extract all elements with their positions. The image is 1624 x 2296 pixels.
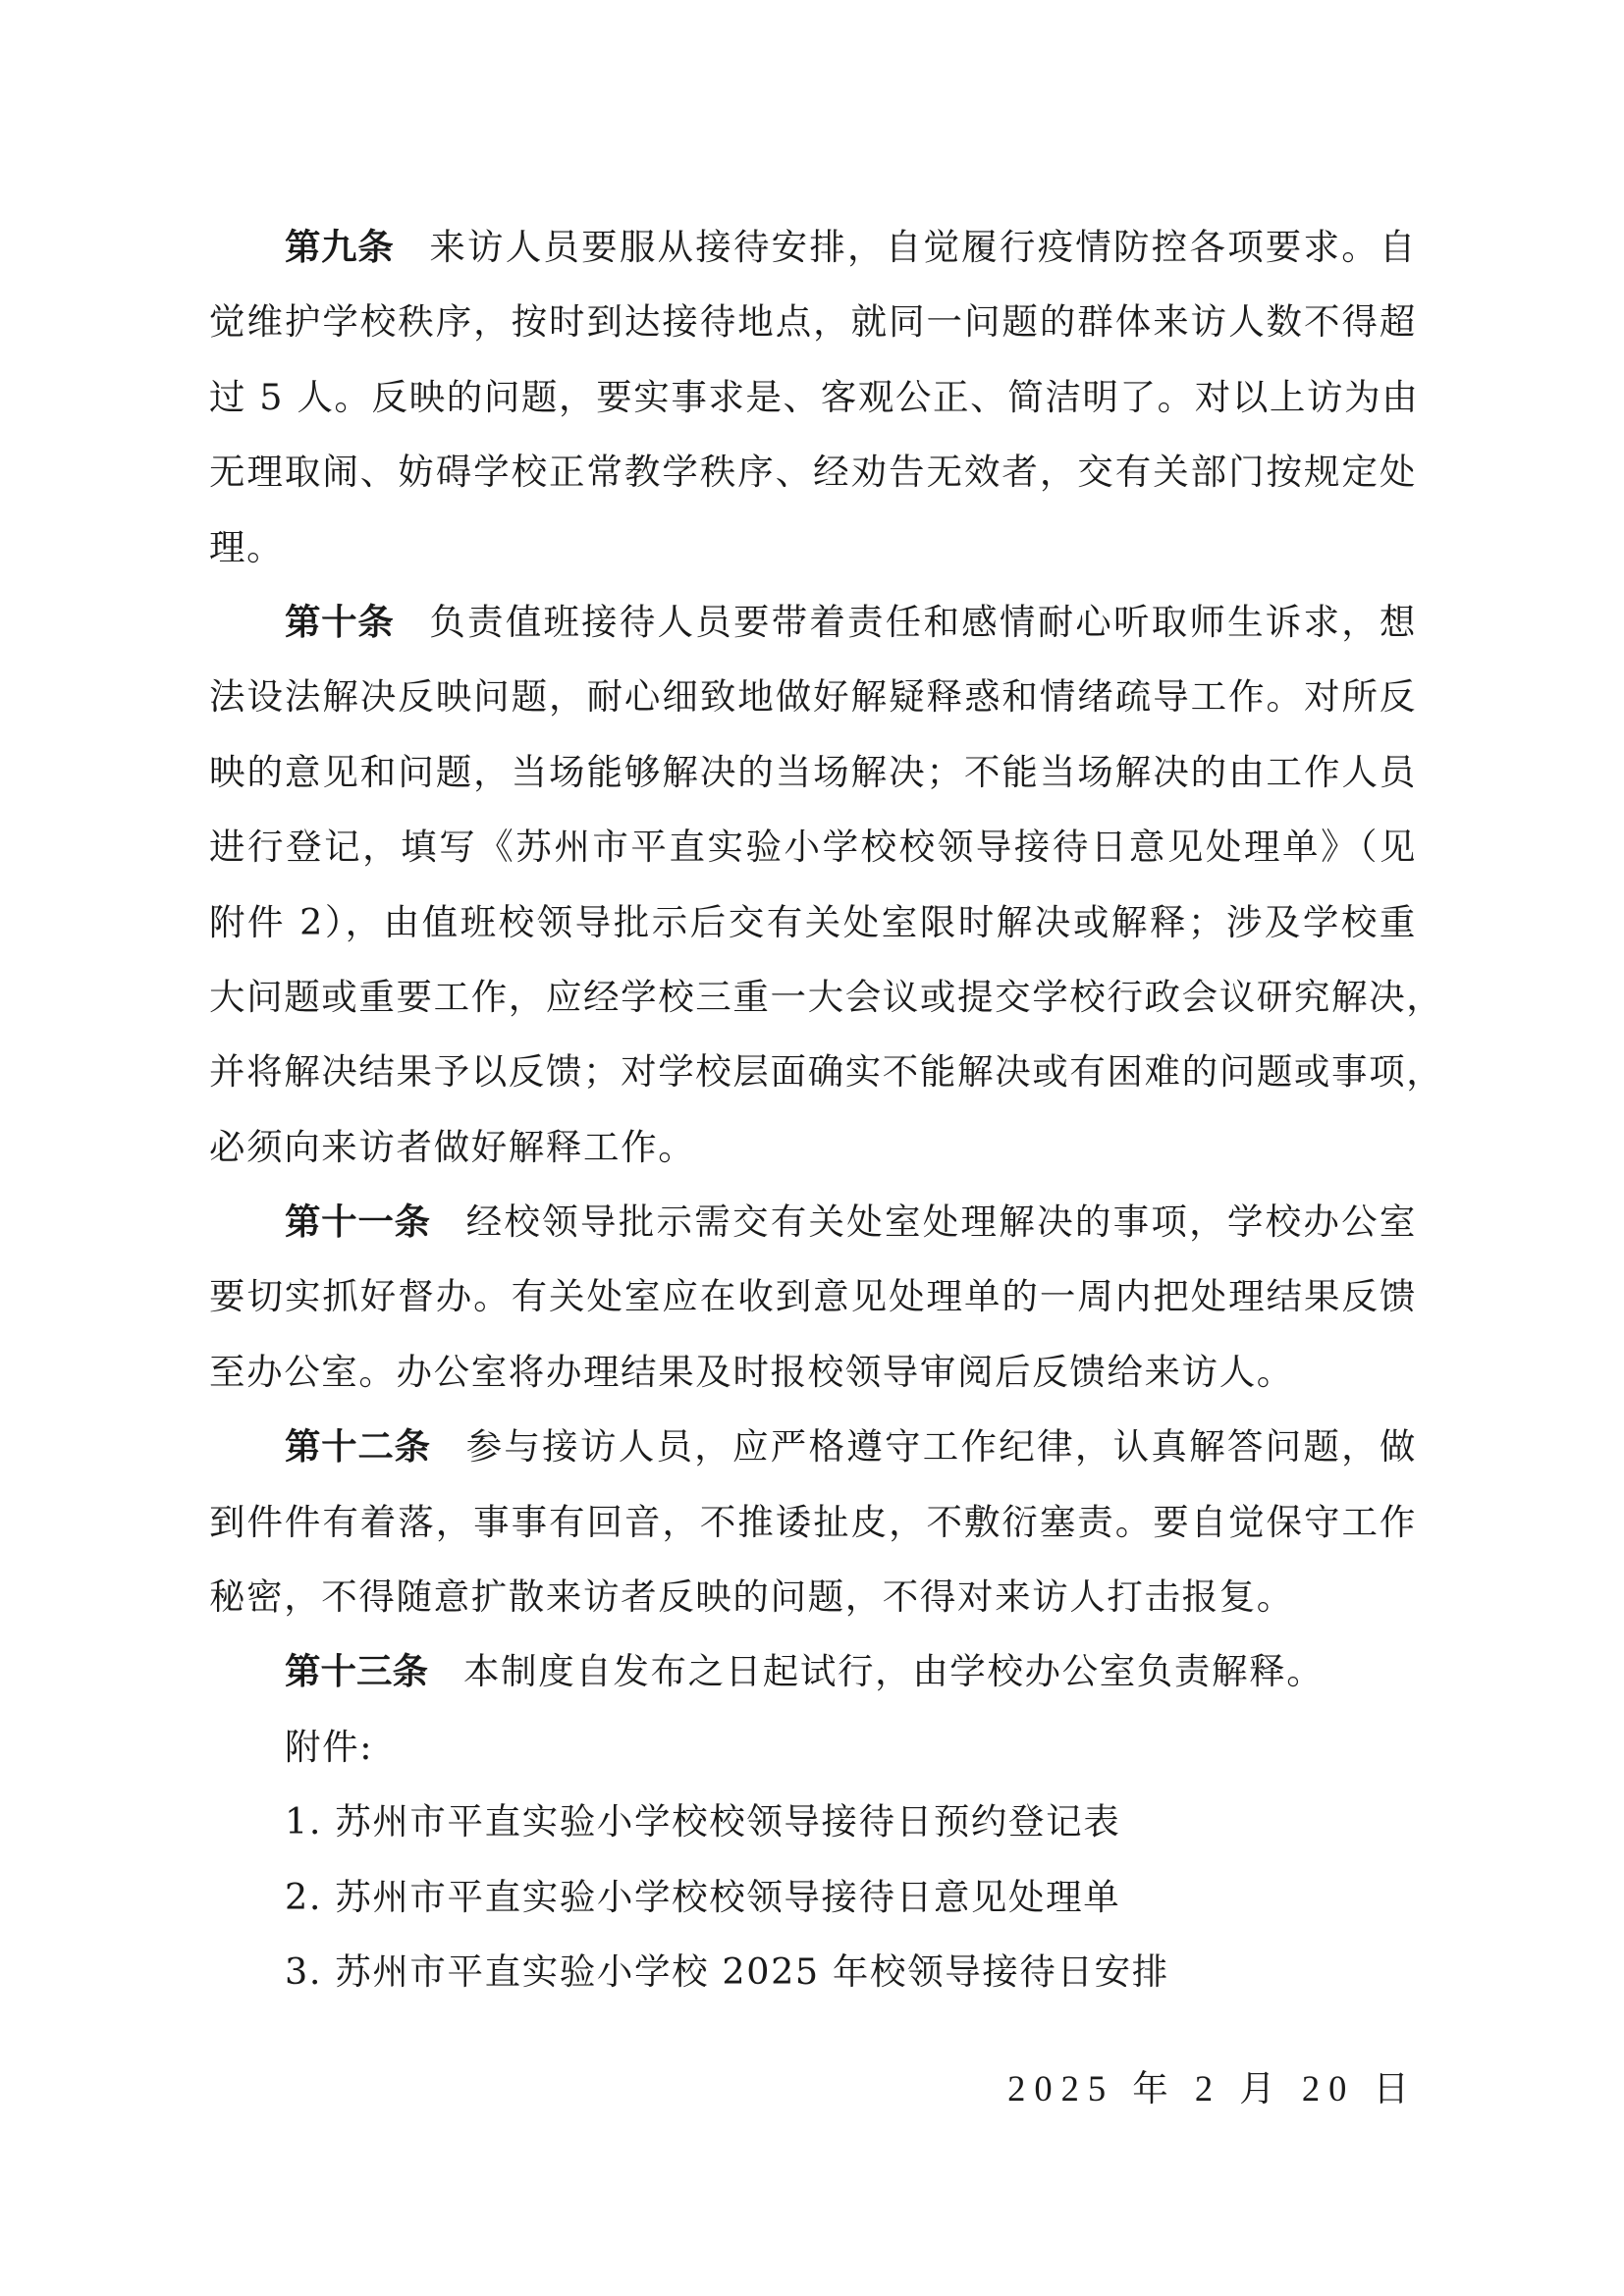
article-12-line-2: 到件件有着落，事事有回音，不推诿扯皮，不敷衍塞责。要自觉保守工作 xyxy=(209,1493,1417,1568)
article-9-line-2: 觉维护学校秩序，按时到达接待地点，就同一问题的群体来访人数不得超 xyxy=(209,293,1417,367)
article-11-line-3: 至办公室。办公室将办理结果及时报校领导审阅后反馈给来访人。 xyxy=(209,1343,1417,1417)
article-9-line-5: 理。 xyxy=(209,518,1417,593)
document-page: 第九条来访人员要服从接待安排，自觉履行疫情防控各项要求。自 觉维护学校秩序，按时… xyxy=(0,0,1624,2296)
article-text: 本制度自发布之日起试行，由学校办公室负责解释。 xyxy=(463,1650,1324,1692)
article-12-line-1: 第十二条参与接访人员，应严格遵守工作纪律，认真解答问题，做 xyxy=(209,1417,1417,1492)
attachments-label: 附件: xyxy=(209,1718,1417,1792)
attachment-item-2: 2. 苏州市平直实验小学校校领导接待日意见处理单 xyxy=(209,1868,1417,1943)
attachment-item-3: 3. 苏州市平直实验小学校 2025 年校领导接待日安排 xyxy=(209,1943,1417,2017)
article-9-line-1: 第九条来访人员要服从接待安排，自觉履行疫情防控各项要求。自 xyxy=(209,218,1417,293)
article-9-line-3: 过 5 人。反映的问题，要实事求是、客观公正、简洁明了。对以上访为由 xyxy=(209,368,1417,443)
article-heading: 第十条 xyxy=(285,601,394,643)
article-9-line-4: 无理取闹、妨碍学校正常教学秩序、经劝告无效者，交有关部门按规定处 xyxy=(209,443,1417,517)
attachment-item-1: 1. 苏州市平直实验小学校校领导接待日预约登记表 xyxy=(209,1792,1417,1867)
article-text: 经校领导批示需交有关处室处理解决的事项，学校办公室 xyxy=(466,1201,1417,1243)
article-heading: 第十二条 xyxy=(285,1425,431,1468)
article-13-line-1: 第十三条本制度自发布之日起试行，由学校办公室负责解释。 xyxy=(209,1642,1417,1717)
article-10-line-6: 大问题或重要工作，应经学校三重一大会议或提交学校行政会议研究解决， xyxy=(209,968,1417,1042)
article-10-line-1: 第十条负责值班接待人员要带着责任和感情耐心听取师生诉求，想 xyxy=(209,593,1417,667)
article-heading: 第十一条 xyxy=(285,1201,431,1243)
article-10-line-8: 必须向来访者做好解释工作。 xyxy=(209,1118,1417,1193)
article-10-line-3: 映的意见和问题，当场能够解决的当场解决；不能当场解决的由工作人员 xyxy=(209,743,1417,818)
article-heading: 第十三条 xyxy=(285,1650,428,1692)
article-text: 负责值班接待人员要带着责任和感情耐心听取师生诉求，想 xyxy=(429,601,1417,643)
article-text: 来访人员要服从接待安排，自觉履行疫情防控各项要求。自 xyxy=(429,226,1417,268)
article-10-line-5: 附件 2），由值班校领导批示后交有关处室限时解决或解释；涉及学校重 xyxy=(209,893,1417,968)
article-text: 参与接访人员，应严格遵守工作纪律，认真解答问题，做 xyxy=(466,1425,1417,1468)
article-heading: 第九条 xyxy=(285,226,394,268)
document-body: 第九条来访人员要服从接待安排，自觉履行疫情防控各项要求。自 觉维护学校秩序，按时… xyxy=(209,218,1417,2017)
article-10-line-2: 法设法解决反映问题，耐心细致地做好解疑释惑和情绪疏导工作。对所反 xyxy=(209,667,1417,742)
article-10-line-4: 进行登记，填写《苏州市平直实验小学校校领导接待日意见处理单》（见 xyxy=(209,818,1417,892)
article-11-line-2: 要切实抓好督办。有关处室应在收到意见处理单的一周内把处理结果反馈 xyxy=(209,1267,1417,1342)
article-12-line-3: 秘密，不得随意扩散来访者反映的问题，不得对来访人打击报复。 xyxy=(209,1568,1417,1642)
article-11-line-1: 第十一条经校领导批示需交有关处室处理解决的事项，学校办公室 xyxy=(209,1193,1417,1267)
document-date: 2025 年 2 月 20 日 xyxy=(1007,2059,1418,2118)
article-10-line-7: 并将解决结果予以反馈；对学校层面确实不能解决或有困难的问题或事项， xyxy=(209,1042,1417,1117)
